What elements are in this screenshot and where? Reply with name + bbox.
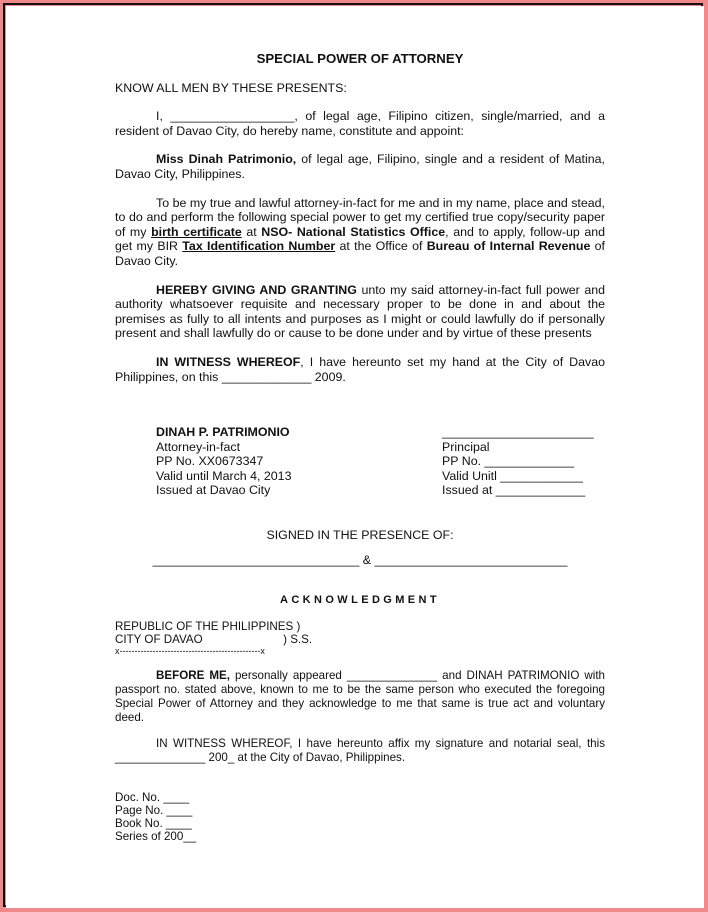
attorney-paragraph: Miss Dinah Patrimonio, of legal age, Fil… [115,152,605,181]
acknowledgment-title: ACKNOWLEDGMENT [115,593,605,608]
attorney-name-bold: Miss Dinah Patrimonio, [156,152,296,166]
attorney-signature: DINAH P. PATRIMONIO Attorney-in-fact PP … [156,425,291,498]
witness-heading: SIGNED IN THE PRESENCE OF: [115,528,605,543]
birth-certificate-term: birth certificate [151,225,242,239]
attorney-pp-no: PP No. XX0673347 [156,454,291,469]
notary-register: Doc. No. ____ Page No. ____ Book No. ___… [115,791,605,843]
granting-paragraph: HEREBY GIVING AND GRANTING unto my said … [115,283,605,341]
nso-term: NSO- National Statistics Office [261,225,445,239]
document-body: SPECIAL POWER OF ATTORNEY KNOW ALL MEN B… [115,52,605,843]
principal-signature: ______________________ Principal PP No. … [442,425,594,498]
tin-term: Tax Identification Number [182,239,335,253]
grantor-paragraph: I, __________________, of legal age, Fil… [115,109,605,138]
salutation: KNOW ALL MEN BY THESE PRESENTS: [115,81,605,96]
witness-paragraph: IN WITNESS WHEREOF, I have hereunto set … [115,355,605,384]
attorney-name: DINAH P. PATRIMONIO [156,425,291,440]
document-page: SPECIAL POWER OF ATTORNEY KNOW ALL MEN B… [6,6,704,908]
before-me-paragraph: BEFORE ME, personally appeared _________… [115,669,605,725]
powers-paragraph: To be my true and lawful attorney-in-fac… [115,196,605,269]
witness-signature-lines: ______________________________ & _______… [115,553,605,568]
notary-witness-paragraph: IN WITNESS WHEREOF, I have hereunto affi… [115,737,605,765]
document-title: SPECIAL POWER OF ATTORNEY [115,52,605,67]
principal-signature-line: ______________________ [442,425,594,440]
venue-block: REPUBLIC OF THE PHILIPPINES ) CITY OF DA… [115,620,605,657]
signature-block: DINAH P. PATRIMONIO Attorney-in-fact PP … [115,425,605,500]
bir-term: Bureau of Internal Revenue [427,239,591,253]
